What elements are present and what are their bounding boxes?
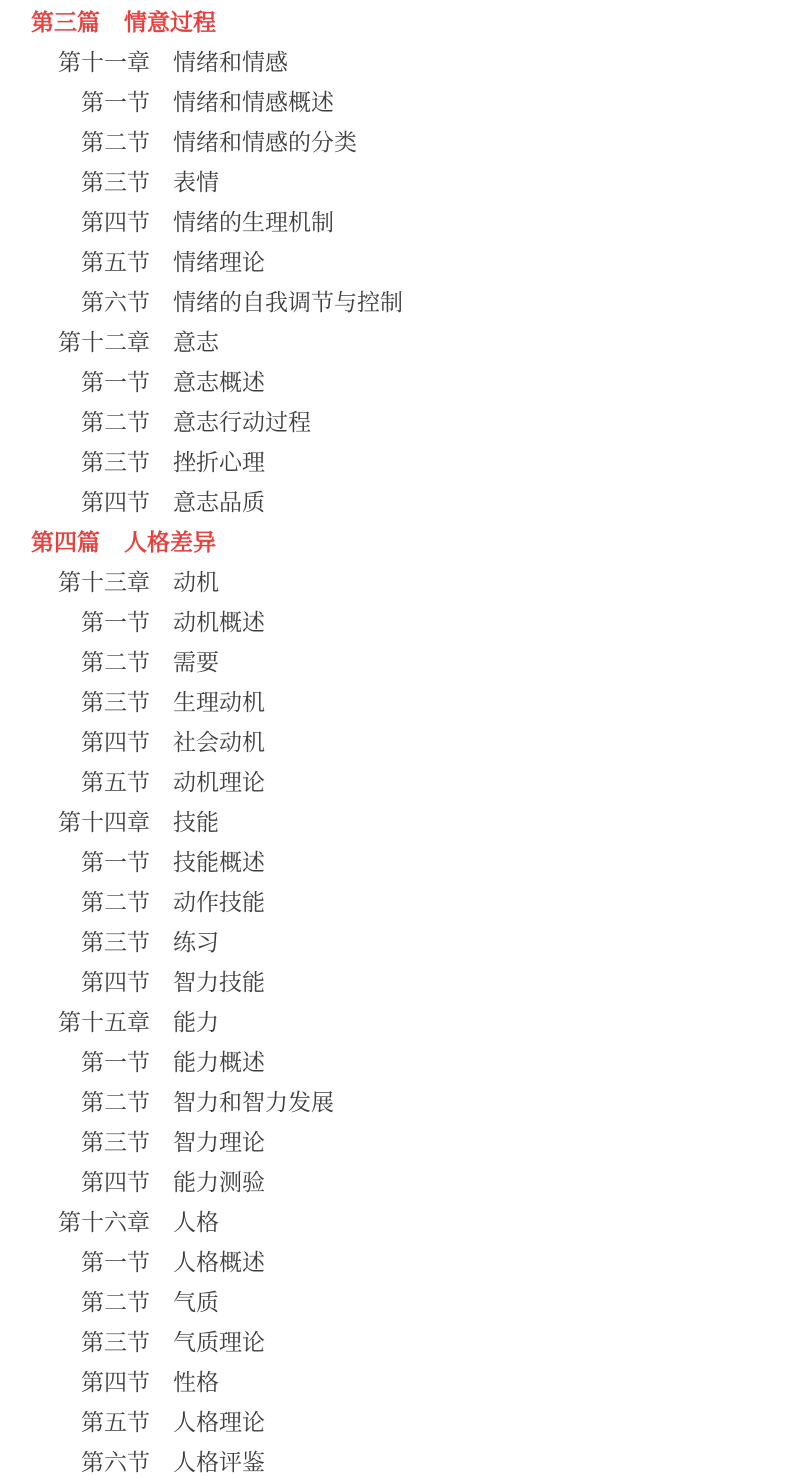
entry-label: 第五节 — [0, 244, 150, 277]
entry-title: 情绪和情感概述 — [173, 84, 334, 117]
entry-label: 第三节 — [0, 444, 150, 477]
toc-section-row: 第三节 智力理论 — [0, 1120, 790, 1160]
toc-section-row: 第三节 生理动机 — [0, 680, 790, 720]
entry-title: 情意过程 — [124, 4, 216, 37]
toc-section-row: 第一节 能力概述 — [0, 1040, 790, 1080]
toc-section-row: 第二节 智力和智力发展 — [0, 1080, 790, 1120]
entry-label: 第四节 — [0, 964, 150, 997]
entry-title: 人格差异 — [124, 524, 216, 557]
entry-title: 性格 — [173, 1364, 219, 1397]
entry-title: 意志品质 — [173, 484, 265, 517]
entry-title: 练习 — [173, 924, 219, 957]
toc-section-row: 第四节 性格 — [0, 1360, 790, 1400]
toc-section-row: 第五节 人格理论 — [0, 1400, 790, 1440]
entry-title: 情绪的自我调节与控制 — [173, 284, 403, 317]
entry-title: 气质 — [173, 1284, 219, 1317]
entry-title: 能力测验 — [173, 1164, 265, 1197]
toc-section-row: 第四节 智力技能 — [0, 960, 790, 1000]
entry-title: 情绪理论 — [173, 244, 265, 277]
toc-chapter-row: 第十四章 技能 — [0, 800, 790, 840]
entry-title: 人格概述 — [173, 1244, 265, 1277]
entry-title: 人格评鉴 — [173, 1444, 265, 1476]
entry-title: 表情 — [173, 164, 219, 197]
toc-section-row: 第四节 情绪的生理机制 — [0, 200, 790, 240]
entry-label: 第四节 — [0, 1164, 150, 1197]
entry-label: 第一节 — [0, 604, 150, 637]
toc-section-row: 第二节 情绪和情感的分类 — [0, 120, 790, 160]
toc-chapter-row: 第十三章 动机 — [0, 560, 790, 600]
entry-label: 第四节 — [0, 484, 150, 517]
entry-label: 第六节 — [0, 284, 150, 317]
toc-chapter-row: 第十二章 意志 — [0, 320, 790, 360]
entry-title: 智力和智力发展 — [173, 1084, 334, 1117]
entry-label: 第一节 — [0, 844, 150, 877]
entry-label: 第三节 — [0, 1324, 150, 1357]
toc-section-row: 第二节 气质 — [0, 1280, 790, 1320]
toc-section-row: 第五节 情绪理论 — [0, 240, 790, 280]
entry-label: 第四节 — [0, 204, 150, 237]
entry-title: 技能 — [173, 804, 219, 837]
entry-label: 第五节 — [0, 1404, 150, 1437]
entry-label: 第十四章 — [0, 804, 150, 837]
toc-chapter-row: 第十五章 能力 — [0, 1000, 790, 1040]
entry-label: 第三节 — [0, 924, 150, 957]
toc-section-row: 第二节 意志行动过程 — [0, 400, 790, 440]
entry-label: 第一节 — [0, 1244, 150, 1277]
entry-label: 第十二章 — [0, 324, 150, 357]
toc-section-row: 第三节 挫折心理 — [0, 440, 790, 480]
entry-label: 第四篇 — [31, 524, 100, 557]
entry-title: 挫折心理 — [173, 444, 265, 477]
entry-title: 生理动机 — [173, 684, 265, 717]
table-of-contents: 第三篇 情意过程 第十一章 情绪和情感 第一节 情绪和情感概述 第二节 情绪和情… — [0, 0, 790, 1476]
entry-label: 第三节 — [0, 1124, 150, 1157]
entry-title: 能力 — [173, 1004, 219, 1037]
entry-title: 人格 — [173, 1204, 219, 1237]
entry-title: 能力概述 — [173, 1044, 265, 1077]
entry-title: 动机理论 — [173, 764, 265, 797]
entry-label: 第一节 — [0, 364, 150, 397]
entry-label: 第十五章 — [0, 1004, 150, 1037]
toc-section-row: 第四节 能力测验 — [0, 1160, 790, 1200]
toc-section-row: 第四节 社会动机 — [0, 720, 790, 760]
entry-label: 第二节 — [0, 124, 150, 157]
entry-label: 第三节 — [0, 164, 150, 197]
entry-title: 智力理论 — [173, 1124, 265, 1157]
entry-label: 第十六章 — [0, 1204, 150, 1237]
toc-part-row: 第四篇 人格差异 — [0, 520, 790, 560]
entry-label: 第三篇 — [31, 4, 100, 37]
toc-part-row: 第三篇 情意过程 — [0, 0, 790, 40]
toc-section-row: 第四节 意志品质 — [0, 480, 790, 520]
entry-label: 第一节 — [0, 1044, 150, 1077]
entry-label: 第二节 — [0, 884, 150, 917]
entry-label: 第二节 — [0, 644, 150, 677]
entry-title: 情绪的生理机制 — [173, 204, 334, 237]
toc-section-row: 第一节 动机概述 — [0, 600, 790, 640]
entry-title: 气质理论 — [173, 1324, 265, 1357]
entry-title: 情绪和情感的分类 — [173, 124, 357, 157]
toc-chapter-row: 第十六章 人格 — [0, 1200, 790, 1240]
toc-section-row: 第一节 意志概述 — [0, 360, 790, 400]
toc-section-row: 第二节 动作技能 — [0, 880, 790, 920]
entry-label: 第五节 — [0, 764, 150, 797]
entry-title: 需要 — [173, 644, 219, 677]
entry-label: 第四节 — [0, 724, 150, 757]
entry-label: 第一节 — [0, 84, 150, 117]
entry-label: 第十三章 — [0, 564, 150, 597]
entry-label: 第二节 — [0, 404, 150, 437]
entry-title: 动机 — [173, 564, 219, 597]
toc-chapter-row: 第十一章 情绪和情感 — [0, 40, 790, 80]
toc-section-row: 第一节 人格概述 — [0, 1240, 790, 1280]
entry-title: 意志 — [173, 324, 219, 357]
entry-title: 意志概述 — [173, 364, 265, 397]
entry-title: 动机概述 — [173, 604, 265, 637]
entry-title: 智力技能 — [173, 964, 265, 997]
entry-label: 第二节 — [0, 1284, 150, 1317]
entry-title: 社会动机 — [173, 724, 265, 757]
toc-section-row: 第五节 动机理论 — [0, 760, 790, 800]
toc-section-row: 第三节 练习 — [0, 920, 790, 960]
toc-section-row: 第一节 情绪和情感概述 — [0, 80, 790, 120]
toc-section-row: 第一节 技能概述 — [0, 840, 790, 880]
toc-section-row: 第三节 表情 — [0, 160, 790, 200]
entry-label: 第四节 — [0, 1364, 150, 1397]
toc-section-row: 第六节 情绪的自我调节与控制 — [0, 280, 790, 320]
toc-section-row: 第三节 气质理论 — [0, 1320, 790, 1360]
entry-label: 第十一章 — [0, 44, 150, 77]
entry-title: 情绪和情感 — [173, 44, 288, 77]
entry-label: 第三节 — [0, 684, 150, 717]
entry-title: 意志行动过程 — [173, 404, 311, 437]
entry-label: 第六节 — [0, 1444, 150, 1476]
entry-title: 动作技能 — [173, 884, 265, 917]
entry-title: 技能概述 — [173, 844, 265, 877]
toc-section-row: 第六节 人格评鉴 — [0, 1440, 790, 1476]
toc-section-row: 第二节 需要 — [0, 640, 790, 680]
entry-label: 第二节 — [0, 1084, 150, 1117]
entry-title: 人格理论 — [173, 1404, 265, 1437]
